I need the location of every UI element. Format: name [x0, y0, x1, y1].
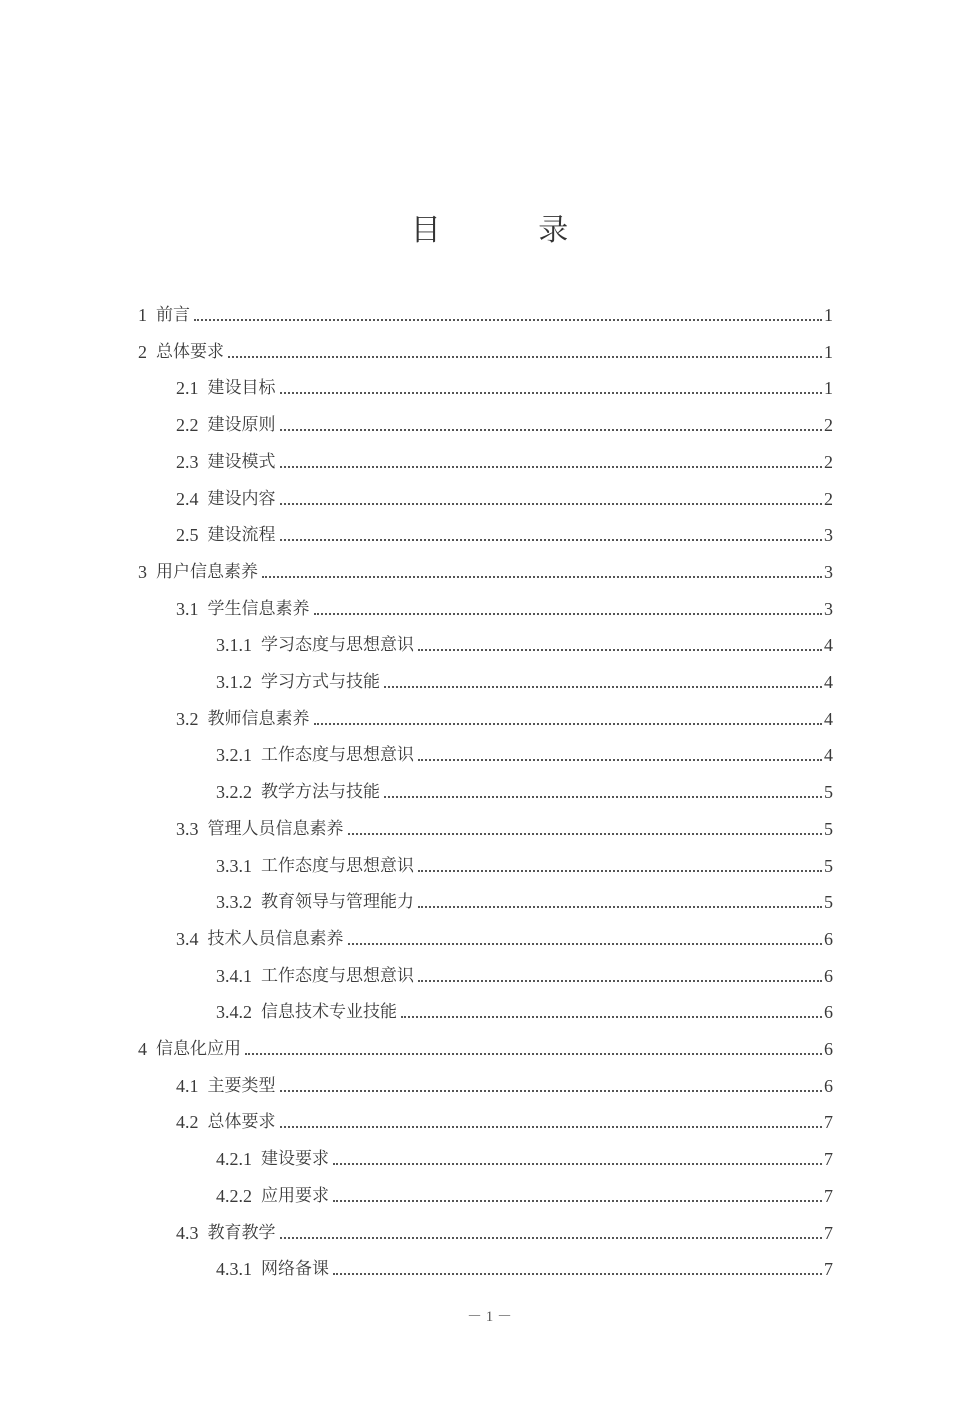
- toc-entry[interactable]: 4.2总体要求7: [176, 1103, 833, 1133]
- toc-leader-dots: [348, 943, 823, 945]
- toc-entry-label: 教育领导与管理能力: [261, 891, 414, 913]
- toc-entry-label: 前言: [156, 304, 190, 326]
- toc-leader-dots: [280, 429, 823, 431]
- toc-leader-dots: [280, 503, 823, 505]
- toc-entry-label: 学生信息素养: [208, 598, 310, 620]
- toc-entry-label: 教育教学: [208, 1222, 276, 1244]
- toc-entry-page: 2: [824, 414, 833, 436]
- toc-entry-number: 3.2: [176, 708, 199, 730]
- toc-entry[interactable]: 3.4技术人员信息素养6: [176, 920, 833, 950]
- toc-entry-page: 7: [824, 1185, 833, 1207]
- toc-entry[interactable]: 2.5建设流程3: [176, 516, 833, 546]
- toc-entry-page: 5: [824, 855, 833, 877]
- toc-entry-number: 2.5: [176, 524, 199, 546]
- document-page: 目 录 1前言12总体要求12.1建设目标12.2建设原则22.3建设模式22.…: [0, 0, 979, 1411]
- toc-entry-label: 网络备课: [261, 1258, 329, 1280]
- toc-entry-number: 3.2.2: [216, 781, 252, 803]
- toc-entry-page: 5: [824, 891, 833, 913]
- toc-entry-label: 信息技术专业技能: [261, 1001, 397, 1023]
- toc-entry-label: 教学方法与技能: [261, 781, 380, 803]
- toc-leader-dots: [194, 319, 822, 321]
- toc-entry-label: 学习态度与思想意识: [261, 634, 414, 656]
- toc-entry-page: 1: [824, 377, 833, 399]
- toc-entry-number: 3.4: [176, 928, 199, 950]
- toc-entry[interactable]: 3.1学生信息素养3: [176, 590, 833, 620]
- toc-entry[interactable]: 3.2.1工作态度与思想意识4: [216, 736, 833, 766]
- toc-leader-dots: [418, 980, 822, 982]
- toc-leader-dots: [418, 906, 822, 908]
- toc-entry-page: 4: [824, 708, 833, 730]
- toc-leader-dots: [314, 723, 823, 725]
- toc-entry-page: 6: [824, 1001, 833, 1023]
- toc-entry-label: 管理人员信息素养: [208, 818, 344, 840]
- toc-leader-dots: [348, 833, 823, 835]
- toc-leader-dots: [418, 759, 822, 761]
- toc-leader-dots: [245, 1053, 822, 1055]
- toc-entry[interactable]: 2.4建设内容2: [176, 480, 833, 510]
- toc-leader-dots: [280, 539, 823, 541]
- toc-entry-label: 学习方式与技能: [261, 671, 380, 693]
- toc-entry-number: 2.3: [176, 451, 199, 473]
- toc-entry-label: 建设原则: [208, 414, 276, 436]
- toc-entry-label: 建设要求: [261, 1148, 329, 1170]
- toc-entry-label: 工作态度与思想意识: [261, 744, 414, 766]
- toc-entry-label: 建设内容: [208, 488, 276, 510]
- toc-entry-number: 4: [138, 1038, 147, 1060]
- toc-entry-label: 主要类型: [208, 1075, 276, 1097]
- toc-entry-label: 总体要求: [208, 1111, 276, 1133]
- toc-entry-number: 2.1: [176, 377, 199, 399]
- toc-entry-number: 4.1: [176, 1075, 199, 1097]
- toc-entry-page: 1: [824, 341, 833, 363]
- toc-entry-number: 2.4: [176, 488, 199, 510]
- toc-leader-dots: [280, 466, 823, 468]
- toc-leader-dots: [418, 649, 822, 651]
- toc-entry-page: 2: [824, 451, 833, 473]
- toc-entry-page: 6: [824, 1038, 833, 1060]
- toc-entry-page: 7: [824, 1111, 833, 1133]
- toc-entry[interactable]: 3用户信息素养3: [138, 553, 833, 583]
- toc-entry[interactable]: 3.4.2信息技术专业技能6: [216, 993, 833, 1023]
- toc-entry-page: 4: [824, 671, 833, 693]
- toc-leader-dots: [228, 356, 822, 358]
- page-title: 目 录: [0, 205, 979, 249]
- toc-leader-dots: [280, 1237, 823, 1239]
- toc-entry[interactable]: 3.3管理人员信息素养5: [176, 810, 833, 840]
- toc-entry[interactable]: 2总体要求1: [138, 333, 833, 363]
- toc-entry-label: 工作态度与思想意识: [261, 855, 414, 877]
- toc-entry-label: 技术人员信息素养: [208, 928, 344, 950]
- toc-entry-number: 3.3.2: [216, 891, 252, 913]
- toc-leader-dots: [333, 1163, 822, 1165]
- toc-entry-label: 建设模式: [208, 451, 276, 473]
- toc-entry-number: 1: [138, 304, 147, 326]
- toc-entry[interactable]: 3.2教师信息素养4: [176, 700, 833, 730]
- toc-entry[interactable]: 1前言1: [138, 296, 833, 326]
- toc-entry-page: 1: [824, 304, 833, 326]
- toc-entry[interactable]: 3.1.1学习态度与思想意识4: [216, 626, 833, 656]
- toc-entry-number: 4.3.1: [216, 1258, 252, 1280]
- toc-entry[interactable]: 4.3.1网络备课7: [216, 1250, 833, 1280]
- toc-entry-number: 2.2: [176, 414, 199, 436]
- page-number: － 1 －: [0, 1305, 979, 1326]
- toc-entry-number: 3.3.1: [216, 855, 252, 877]
- toc-entry[interactable]: 4.3教育教学7: [176, 1214, 833, 1244]
- toc-leader-dots: [262, 576, 822, 578]
- toc-entry-number: 4.2.1: [216, 1148, 252, 1170]
- toc-entry[interactable]: 2.1建设目标1: [176, 369, 833, 399]
- toc-entry-number: 3.1.2: [216, 671, 252, 693]
- toc-entry-page: 3: [824, 561, 833, 583]
- toc-leader-dots: [280, 392, 823, 394]
- toc-entry-number: 2: [138, 341, 147, 363]
- toc-entry-label: 总体要求: [156, 341, 224, 363]
- toc-leader-dots: [418, 870, 822, 872]
- toc-leader-dots: [314, 613, 823, 615]
- toc-entry-label: 工作态度与思想意识: [261, 965, 414, 987]
- toc-entry-label: 应用要求: [261, 1185, 329, 1207]
- toc-entry[interactable]: 4.1主要类型6: [176, 1067, 833, 1097]
- toc-leader-dots: [280, 1126, 823, 1128]
- toc-entry-page: 7: [824, 1222, 833, 1244]
- toc-leader-dots: [280, 1090, 823, 1092]
- toc-entry-page: 3: [824, 524, 833, 546]
- toc-entry-page: 5: [824, 818, 833, 840]
- toc-entry-page: 4: [824, 634, 833, 656]
- toc-entry-page: 6: [824, 928, 833, 950]
- toc-leader-dots: [384, 686, 822, 688]
- toc-entry[interactable]: 3.2.2教学方法与技能5: [216, 773, 833, 803]
- toc-entry-page: 2: [824, 488, 833, 510]
- toc-entry-page: 6: [824, 965, 833, 987]
- toc-entry-number: 4.2: [176, 1111, 199, 1133]
- toc-entry-page: 6: [824, 1075, 833, 1097]
- toc-entry-number: 4.3: [176, 1222, 199, 1244]
- toc-entry[interactable]: 2.3建设模式2: [176, 443, 833, 473]
- toc-entry[interactable]: 4信息化应用6: [138, 1030, 833, 1060]
- toc-entry-page: 5: [824, 781, 833, 803]
- toc-entry-page: 7: [824, 1258, 833, 1280]
- toc-entry[interactable]: 3.4.1工作态度与思想意识6: [216, 957, 833, 987]
- toc-entry[interactable]: 3.3.1工作态度与思想意识5: [216, 847, 833, 877]
- toc-entry-number: 3.4.2: [216, 1001, 252, 1023]
- toc-entry-number: 3.2.1: [216, 744, 252, 766]
- toc-entry-page: 4: [824, 744, 833, 766]
- toc-leader-dots: [333, 1273, 822, 1275]
- toc-entry[interactable]: 3.1.2学习方式与技能4: [216, 663, 833, 693]
- toc-leader-dots: [333, 1200, 822, 1202]
- toc-entry[interactable]: 3.3.2教育领导与管理能力5: [216, 883, 833, 913]
- toc-entry-number: 3.1.1: [216, 634, 252, 656]
- toc-entry-number: 3.3: [176, 818, 199, 840]
- toc-leader-dots: [384, 796, 822, 798]
- toc-entry[interactable]: 4.2.1建设要求7: [216, 1140, 833, 1170]
- toc-entry-label: 信息化应用: [156, 1038, 241, 1060]
- toc-entry-label: 建设流程: [208, 524, 276, 546]
- toc-entry-page: 3: [824, 598, 833, 620]
- toc-entry-number: 3: [138, 561, 147, 583]
- toc-entry[interactable]: 4.2.2应用要求7: [216, 1177, 833, 1207]
- toc-entry-number: 3.4.1: [216, 965, 252, 987]
- toc-entry-label: 教师信息素养: [208, 708, 310, 730]
- toc-leader-dots: [401, 1016, 822, 1018]
- toc-entry-number: 3.1: [176, 598, 199, 620]
- toc-entry-page: 7: [824, 1148, 833, 1170]
- toc-entry-number: 4.2.2: [216, 1185, 252, 1207]
- toc-entry[interactable]: 2.2建设原则2: [176, 406, 833, 436]
- toc-entry-label: 用户信息素养: [156, 561, 258, 583]
- toc-entry-label: 建设目标: [208, 377, 276, 399]
